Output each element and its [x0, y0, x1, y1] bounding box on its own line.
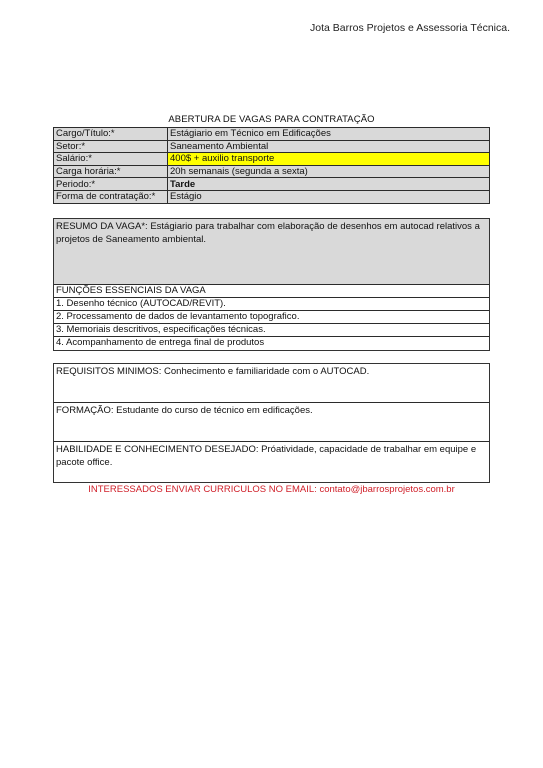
- field-value-salario: 400$ + auxilio transporte: [168, 153, 490, 166]
- table-row: Carga horária:* 20h semanais (segunda a …: [54, 165, 490, 178]
- job-info-table: Cargo/Título:* Estágiario em Técnico em …: [53, 127, 490, 204]
- requirements-section: REQUISITOS MINIMOS: Conhecimento e famil…: [53, 363, 490, 483]
- field-label-carga-horaria: Carga horária:*: [54, 165, 168, 178]
- field-value-periodo: Tarde: [168, 178, 490, 191]
- field-label-salario: Salário:*: [54, 153, 168, 166]
- field-label-setor: Setor:*: [54, 140, 168, 153]
- table-row: Salário:* 400$ + auxilio transporte: [54, 153, 490, 166]
- contact-email-note: INTERESSADOS ENVIAR CURRICULOS NO EMAIL:…: [53, 484, 490, 495]
- field-value-cargo: Estágiario em Técnico em Edificações: [168, 128, 490, 141]
- field-value-setor: Saneamento Ambiental: [168, 140, 490, 153]
- table-row: Setor:* Saneamento Ambiental: [54, 140, 490, 153]
- field-label-cargo: Cargo/Título:*: [54, 128, 168, 141]
- table-row: Periodo:* Tarde: [54, 178, 490, 191]
- field-value-carga-horaria: 20h semanais (segunda a sexta): [168, 165, 490, 178]
- field-label-periodo: Periodo:*: [54, 178, 168, 191]
- table-row: Cargo/Título:* Estágiario em Técnico em …: [54, 128, 490, 141]
- field-value-forma-contratacao: Estágio: [168, 190, 490, 203]
- education-requirement: FORMAÇÃO: Estudante do curso de técnico …: [54, 403, 489, 442]
- list-item: 4. Acompanhamento de entrega final de pr…: [54, 337, 489, 350]
- form-title: ABERTURA DE VAGAS PARA CONTRATAÇÃO: [53, 114, 490, 125]
- functions-heading: FUNÇÕES ESSENCIAIS DA VAGA: [54, 285, 489, 298]
- minimum-requirements: REQUISITOS MINIMOS: Conhecimento e famil…: [54, 364, 489, 403]
- table-row: Forma de contratação:* Estágio: [54, 190, 490, 203]
- list-item: 1. Desenho técnico (AUTOCAD/REVIT).: [54, 298, 489, 311]
- company-name: Jota Barros Projetos e Assessoria Técnic…: [310, 22, 510, 34]
- desired-skills: HABILIDADE E CONHECIMENTO DESEJADO: Próa…: [54, 442, 489, 482]
- list-item: 2. Processamento de dados de levantament…: [54, 311, 489, 324]
- field-label-forma-contratacao: Forma de contratação:*: [54, 190, 168, 203]
- list-item: 3. Memoriais descritivos, especificações…: [54, 324, 489, 337]
- job-summary: RESUMO DA VAGA*: Estágiario para trabalh…: [54, 219, 489, 285]
- job-summary-section: RESUMO DA VAGA*: Estágiario para trabalh…: [53, 218, 490, 351]
